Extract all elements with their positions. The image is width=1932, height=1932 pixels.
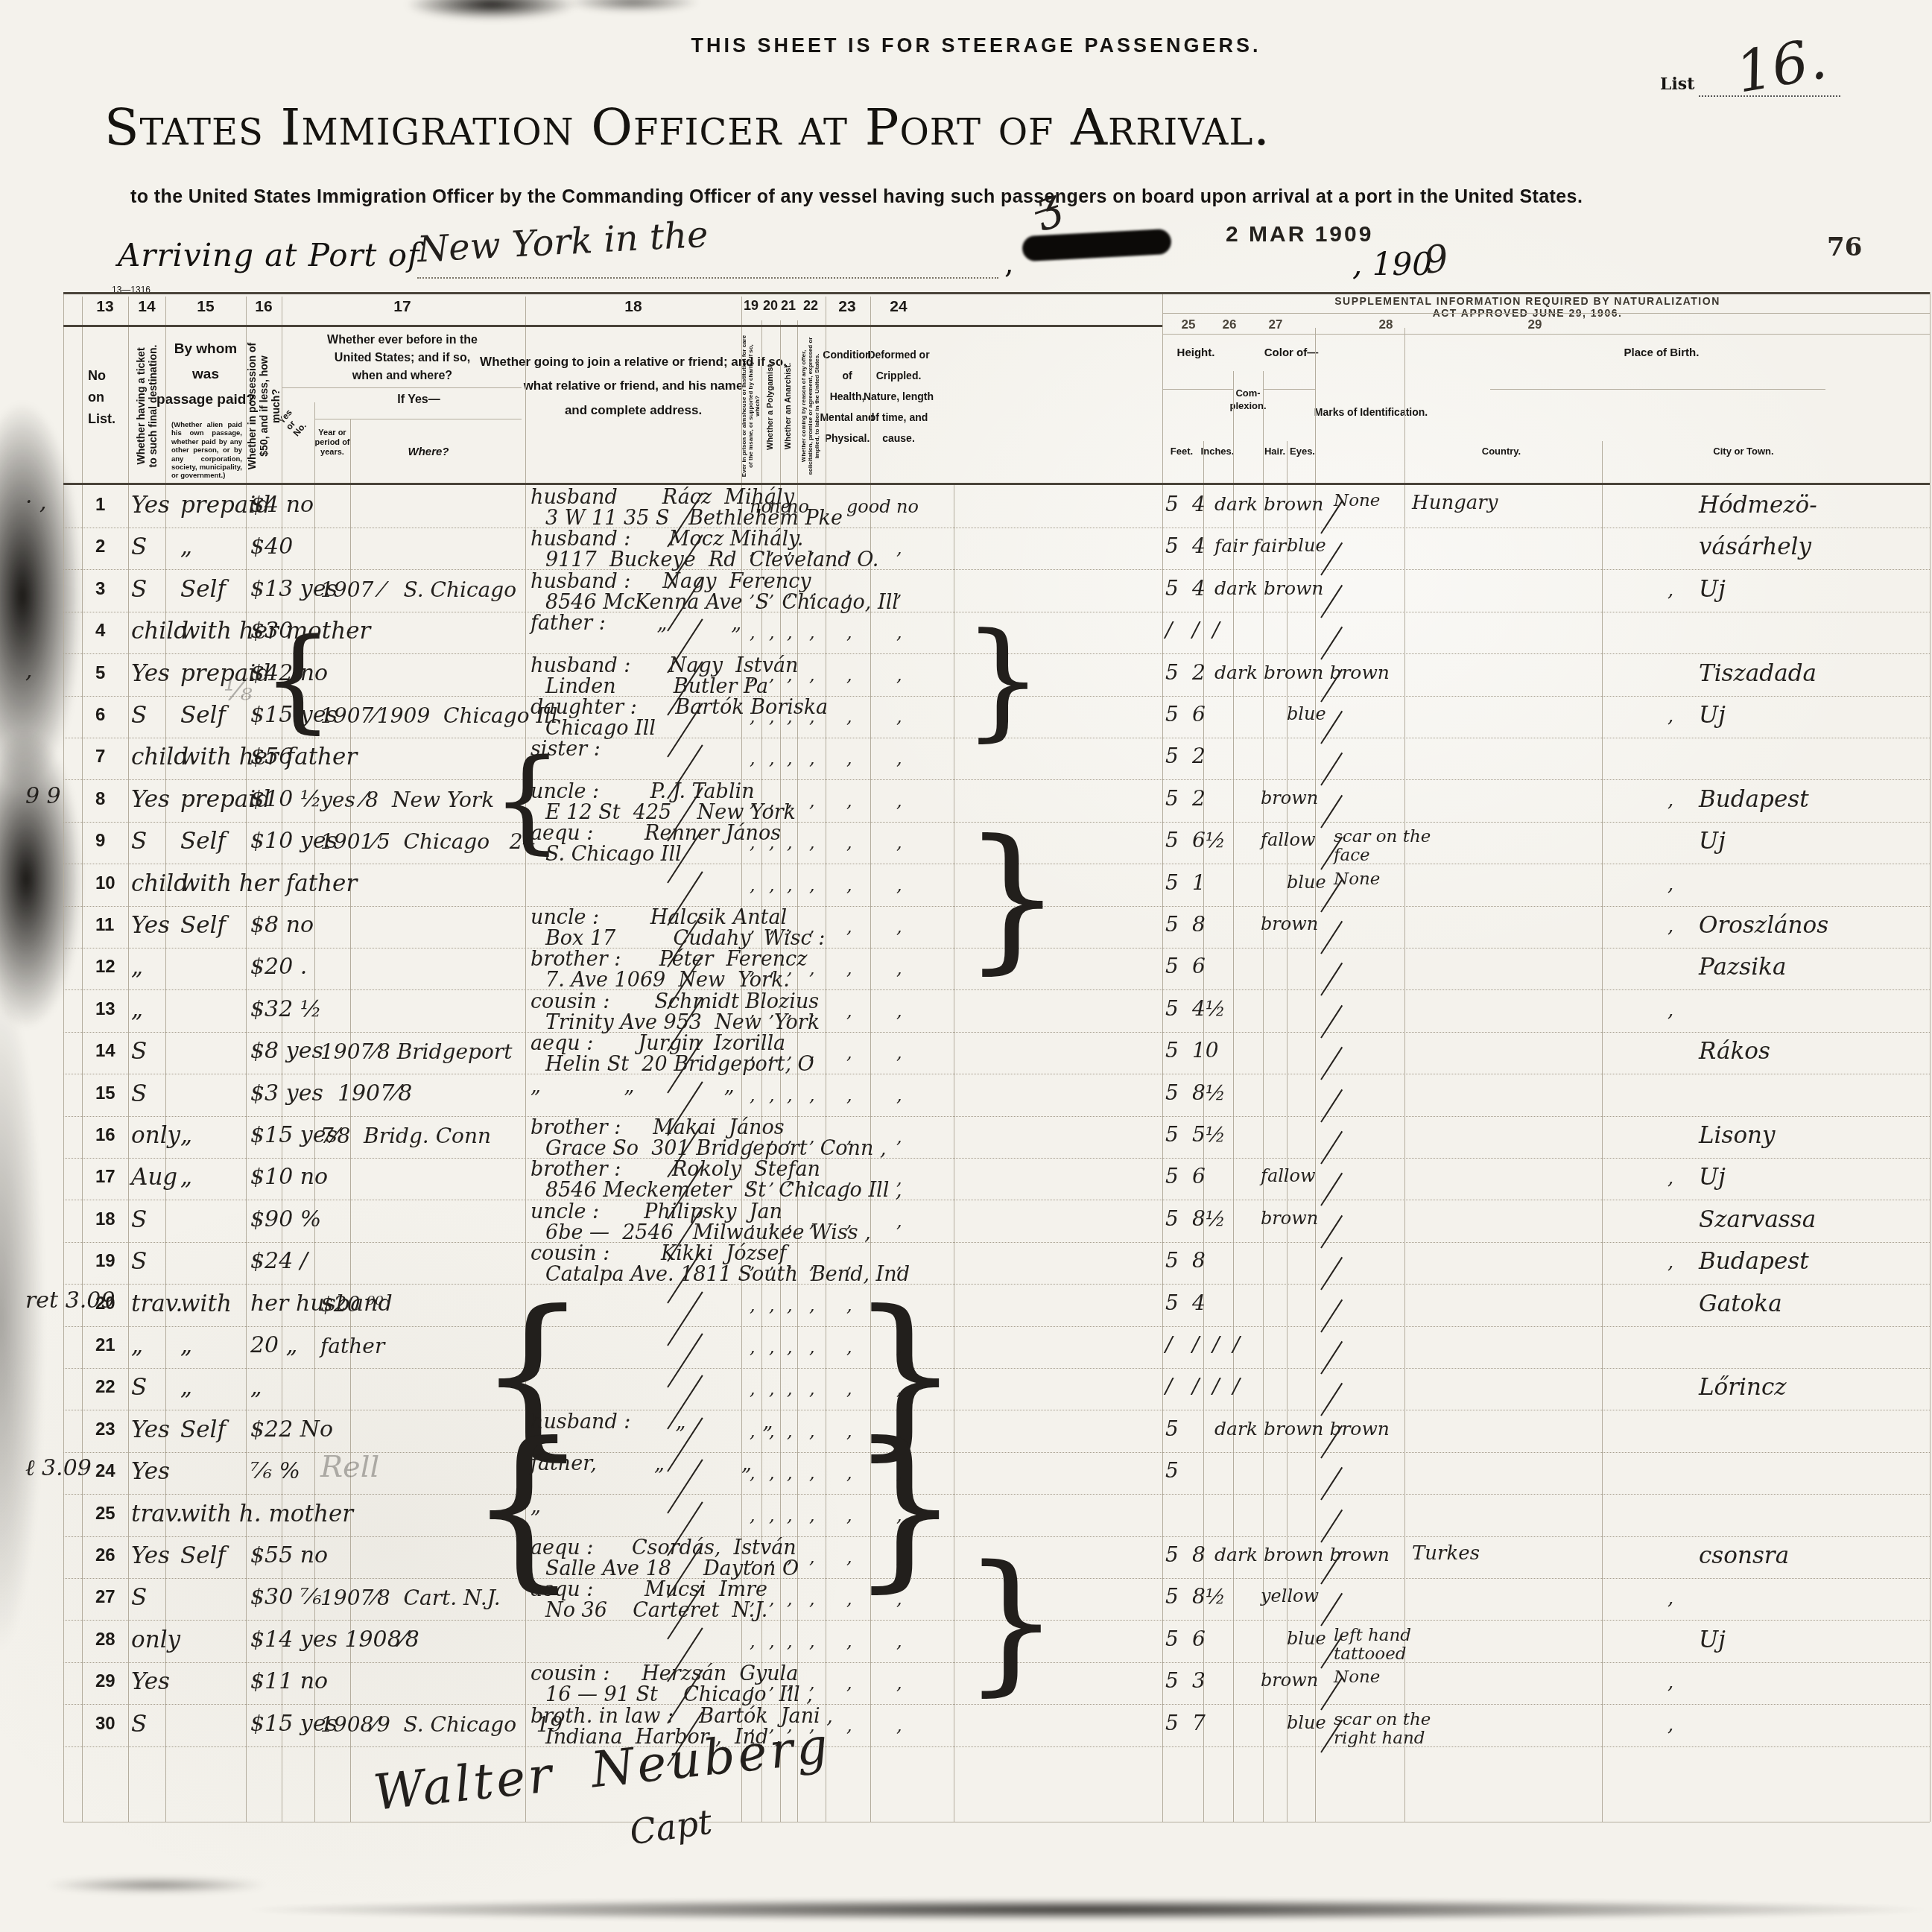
row-ditto-dot: , (846, 1717, 852, 1735)
row-cell-cd: , (1667, 706, 1673, 726)
row-ditto-dot: , (896, 1128, 902, 1147)
col-16-number: 16 (255, 298, 272, 316)
row-ditto-dot: , (787, 624, 793, 642)
row-cell-city: Oroszlános (1699, 913, 1828, 938)
col-19-number: 19 (744, 298, 758, 314)
row-ditto-dot: , (769, 708, 775, 726)
page-title: States Immigration Officer at Port of Ar… (104, 98, 1270, 157)
row-cell-city: csonsra (1699, 1544, 1789, 1568)
row-cell-c18a: aequ : Jurgin Izorilla (530, 1033, 785, 1054)
steerage-banner: THIS SHEET IS FOR STEERAGE PASSENGERS. (691, 34, 1261, 57)
row-ditto-dot: , (809, 1254, 815, 1273)
row-cell-ft: 5 (1165, 1712, 1179, 1734)
col-15-label: By whom was passage paid? (156, 337, 255, 414)
grid-vline (246, 297, 247, 1822)
row-cell-ft: 5 (1165, 829, 1179, 851)
row-ditto-dot: , (896, 708, 902, 726)
row-ditto-dot: , (809, 539, 815, 558)
row-cell-cd: , (1667, 1715, 1673, 1735)
row-ditto-dot: , (769, 1507, 775, 1525)
row-number: 23 (95, 1419, 115, 1440)
row-cell-hair: fallow (1261, 831, 1316, 849)
row-cell-city: Tiszadada (1699, 662, 1817, 686)
row-cell-cd: , (1667, 1168, 1673, 1188)
grid-vline (128, 297, 129, 1822)
supplemental-title: SUPPLEMENTAL INFORMATION REQUIRED BY NAT… (1326, 295, 1730, 319)
row-ditto-dot: , (787, 1128, 793, 1147)
row-ditto-dot: , (769, 834, 775, 852)
row-cell-cd: , (1667, 1252, 1673, 1273)
row-cell-cd: , (1667, 580, 1673, 601)
row-ditto-dot: , (896, 1548, 902, 1567)
row-cell-cd: , (1667, 1673, 1673, 1693)
row-cell-c15: with her father (180, 872, 357, 896)
row-cell-c18a: uncle : Halcsik Antal (530, 908, 787, 928)
row-ditto-dot: , (750, 666, 756, 685)
grid-vline (1930, 292, 1931, 1822)
row-ditto-dot: , (750, 918, 756, 937)
row-cell-ft: 5 (1165, 788, 1179, 809)
row-ditto-dot: , (846, 1590, 852, 1609)
row-cell-c14: Yes (131, 913, 170, 938)
grid-vline (1162, 292, 1163, 1822)
grid-hline (1162, 389, 1233, 390)
row-cell-c14: Aug (131, 1165, 177, 1190)
row-cell-m: , (25, 659, 33, 682)
row-ditto-dot: , (787, 1044, 793, 1062)
row-cell-c14: Yes (131, 1544, 170, 1568)
row-cell-city: Uj (1699, 1165, 1726, 1190)
row-cell-ft: 5 (1165, 1082, 1179, 1103)
row-ditto-dot: , (787, 792, 793, 811)
row-ditto-dot: , (809, 624, 815, 642)
row-cell-c16: $30 ⁷⁄₆ (250, 1586, 322, 1609)
row-cell-cd: , (1667, 1589, 1673, 1609)
row-slash-marks (1320, 1089, 1343, 1122)
row-ditto-dot: , (896, 1212, 902, 1231)
row-cell-c14: S (131, 535, 147, 560)
row-ditto-dot: , (809, 876, 815, 895)
row-cell-c18a: husband : „ „ (530, 1412, 773, 1433)
row-ditto-dot: , (846, 1507, 852, 1525)
row-cell-ft: 5 (1165, 1670, 1179, 1691)
arriving-underline (417, 277, 998, 279)
row-cell-c16: $8 yes (250, 1039, 323, 1063)
row-number: 22 (95, 1377, 115, 1398)
row-ditto-dot: , (769, 1254, 775, 1273)
row-ditto-dot: , (787, 1632, 793, 1651)
row-ditto-dot: , (769, 1380, 775, 1399)
row-cell-c17: 1901⁄5 Chicago 24 (320, 831, 536, 852)
row-ditto-dot: , (846, 1380, 852, 1399)
row-ditto-dot: , (896, 1254, 902, 1273)
row-ditto-dot: , (787, 1548, 793, 1567)
row-cell-inch: 3 (1192, 1670, 1206, 1691)
row-ditto-dot: , (769, 1002, 775, 1021)
row-number: 2 (95, 536, 105, 557)
row-cell-c18b: Grace So 301 Bridgeport Conn , (545, 1138, 887, 1159)
grid-hline (1162, 313, 1930, 314)
row-cell-c16: $42 no (250, 662, 328, 685)
row-slash-marks (1320, 1383, 1343, 1416)
row-cell-ft: 5 (1165, 1418, 1179, 1440)
row-cell-c18b: 6be — 2546 Milwaukee Wiss , (545, 1223, 871, 1244)
row-cell-inch: 8 (1192, 1250, 1206, 1271)
row-ditto-dot: , (809, 1380, 815, 1399)
row-ditto-dot: , (846, 582, 852, 601)
row-ditto-dot: , (769, 1674, 775, 1693)
date-stamp: 2 MAR 1909 (1226, 222, 1373, 247)
row-slash-marks (1320, 1257, 1343, 1290)
row-cell-c16: $30 (250, 619, 293, 643)
row-cell-c14: S (131, 1208, 147, 1232)
row-ditto-dot: , (787, 1170, 793, 1188)
row-number: 10 (95, 873, 115, 894)
row-cell-c14: S (131, 1250, 147, 1274)
row-cell-c15: „ (180, 1375, 192, 1400)
row-group-brace: } (963, 1546, 1060, 1699)
row-ditto-dot: , (750, 1548, 756, 1567)
row-cell-c16: $11 no (250, 1670, 328, 1694)
row-ditto-dot: , (787, 708, 793, 726)
row-cell-hair: yellow (1261, 1587, 1319, 1606)
row-cell-c18a: „ (530, 1496, 541, 1517)
row-ditto-dot: , (809, 1507, 815, 1525)
city-town-label: City or Town. (1713, 446, 1773, 457)
scan-smudge-top2 (566, 0, 700, 12)
row-cell-c15: Self (180, 1544, 226, 1568)
row-number: 19 (95, 1251, 115, 1272)
row-number: 30 (95, 1714, 115, 1735)
col-17-if-yes: If Yes— (397, 393, 440, 407)
row-cell-c18b: E 12 St 425 New York (545, 802, 796, 823)
row-cell-c15: Self (180, 703, 226, 728)
row-ditto-dot: , (809, 708, 815, 726)
row-ditto-dot: , (896, 582, 902, 601)
row-ditto-dot: , (846, 1674, 852, 1693)
row-ruling (63, 779, 1930, 780)
row-ditto-dot: , (769, 666, 775, 685)
row-ditto-dot: , (846, 918, 852, 937)
row-cell-c17: 7⁄8 Bridg. Conn (320, 1125, 491, 1147)
row-cell-ft: 5 (1165, 1208, 1179, 1229)
row-ruling (63, 1200, 1930, 1200)
row-ditto-dot: , (846, 1044, 852, 1062)
row-cell-c15: Self (180, 829, 226, 854)
row-number: 5 (95, 663, 105, 684)
row-cell-city: Uj (1699, 577, 1726, 602)
row-ditto-dot: , (896, 1590, 902, 1609)
row-ditto-dot: , (750, 1380, 756, 1399)
row-cell-city: Szarvassa (1699, 1208, 1816, 1232)
row-cell-c16: $14 yes 1908⁄8 (250, 1628, 419, 1652)
row-ditto-dot: , (846, 1296, 852, 1315)
row-cell-c18a: aequ : Csordás, István (530, 1538, 796, 1559)
row-cell-cx: dark brown brown (1214, 663, 1390, 682)
row-cell-c14: S (131, 703, 147, 728)
row-ditto-dot: , (769, 624, 775, 642)
row-number: 27 (95, 1587, 115, 1608)
row-cell-ft: 5 (1165, 662, 1179, 683)
row-cell-c18a: daughter : Bartók Boriska (530, 697, 828, 718)
row-cell-cd: , (1667, 916, 1673, 937)
row-cell-c14: S (131, 1039, 147, 1064)
row-ditto-dot: , (787, 1002, 793, 1021)
row-slash-marks (1320, 1173, 1343, 1206)
row-slash-marks (1320, 1509, 1343, 1542)
row-cell-c16: $3 yes 1907⁄8 (250, 1082, 412, 1106)
row-cell-city: Uj (1699, 703, 1726, 728)
grid-hline (282, 387, 522, 388)
row-cell-c16: $90 % (250, 1208, 321, 1232)
row-cell-c14: Yes (131, 1418, 170, 1442)
color-of-group-label: Color of— (1264, 346, 1319, 359)
row-ditto-dot: , (787, 1674, 793, 1693)
row-cell-ft: 5 (1165, 1250, 1179, 1271)
row-cell-inch: 4 (1192, 1292, 1206, 1314)
row-cell-hair: brown (1261, 1209, 1318, 1228)
row-number: 28 (95, 1629, 115, 1650)
row-cell-c15: Self (180, 913, 226, 938)
country-label: Country. (1482, 446, 1521, 457)
row-slash-marks (1320, 1047, 1343, 1080)
row-ditto-dot: , (896, 1044, 902, 1062)
row-cell-c14: S (131, 1712, 147, 1737)
row-ditto-dot: , (750, 1590, 756, 1609)
row-slash-marks (1320, 753, 1343, 786)
row-ditto-dot: , (846, 750, 852, 768)
row-ditto-dot: , (750, 1002, 756, 1021)
grid-vline (63, 292, 64, 1822)
row-cell-c15: with h. mother (180, 1502, 353, 1527)
row-cell-c17: $20 ⁰⁰ (320, 1293, 384, 1315)
row-cell-c16: $8 no (250, 913, 314, 937)
row-ditto-dot: , (769, 1086, 775, 1105)
row-cell-eyes: blue (1287, 705, 1326, 723)
row-ditto-dot: , (769, 1044, 775, 1062)
row-cell-inch: 2 (1192, 788, 1206, 809)
row-cell-c15: „ (180, 1124, 192, 1148)
row-ditto-dot: , (896, 1086, 902, 1105)
captain-title: Capt (627, 1804, 714, 1851)
col-26-number: 26 (1223, 317, 1237, 332)
row-ditto-dot: , (809, 1296, 815, 1315)
row-ditto-dot: , (769, 539, 775, 558)
grid-hline (63, 292, 1930, 294)
col-15-number: 15 (197, 298, 214, 316)
col-13-number: 13 (96, 298, 113, 316)
row-ditto-dot: , (896, 1380, 902, 1399)
row-ditto-dot: , (787, 918, 793, 937)
row-ditto-dot: , (787, 666, 793, 685)
row-cell-c14: S (131, 1586, 147, 1610)
row-cell-c16: $24 / (250, 1250, 308, 1273)
row-ditto-dot: , (750, 1632, 756, 1651)
row-ditto-dot: , (896, 876, 902, 895)
row-cell-c14: Yes (131, 493, 170, 518)
row-cell-inch: 7 (1192, 1712, 1206, 1734)
place-of-birth-label: Place of Birth. (1624, 346, 1700, 359)
row-ditto-dot: , (809, 960, 815, 978)
row-ruling (63, 989, 1930, 990)
row-ditto-dot: , (809, 666, 815, 685)
row-ditto-dot: , (896, 1296, 902, 1315)
row-cell-c18a: uncle : Philipsky Jan (530, 1202, 782, 1223)
row-slash-marks (1320, 1677, 1343, 1711)
row-cell-ft: 5 (1165, 1586, 1179, 1607)
row-ditto-dot: , (750, 792, 756, 811)
row-ditto-dot: , (750, 960, 756, 978)
row-ditto-dot: , (769, 1632, 775, 1651)
row-ditto-dot: , (769, 1296, 775, 1315)
row-ditto-dot: , (846, 1254, 852, 1273)
row-cell-city: Lőrincz (1699, 1375, 1787, 1400)
row-cell-c18a: brother : Péter Ferencz (530, 949, 807, 970)
row-cell-inch: / / (1192, 619, 1220, 641)
row-cell-c16: $10 no (250, 1165, 328, 1189)
row-ditto-dot: , (750, 1338, 756, 1357)
row-ditto-dot: , (809, 1590, 815, 1609)
row-ditto-dot: , (846, 1338, 852, 1357)
row-cell-cx: dark brown (1214, 579, 1323, 598)
row-ditto-dot: , (846, 876, 852, 895)
row-ruling (63, 1410, 1930, 1410)
row-ditto-dot: , (896, 1002, 902, 1021)
row-ditto-dot: , (750, 1170, 756, 1188)
row-ditto-dot: , (787, 539, 793, 558)
grid-vline (1602, 441, 1603, 1822)
row-cell-c18b: Catalpa Ave. 1811 South Bend, Ind (545, 1264, 910, 1285)
row-cell-c18a: aequ : Mucsi Imre (530, 1580, 767, 1600)
col-17-year: Year or period of years. (314, 428, 349, 458)
row-ditto-dot: , (750, 1422, 756, 1441)
row-cell-c18b: S. Chicago Ill (545, 844, 682, 865)
row-cell-c14: only (131, 1628, 180, 1653)
row-cell-cx: fair fair (1214, 536, 1286, 556)
row-ditto-dot: , (769, 876, 775, 895)
row-ditto-dot: , (896, 1338, 902, 1357)
row-cell-marks: None (1334, 492, 1472, 510)
row-ditto-dot: , (787, 1380, 793, 1399)
row-cell-c18b: 8546 McKenna Ave S Chicago, Ill (545, 592, 899, 613)
row-ditto-dot: , (750, 624, 756, 642)
row-ditto-dot: , (846, 1212, 852, 1231)
row-cell-c18b: No 36 Carteret N.J. (545, 1600, 767, 1621)
col-24-number: 24 (890, 298, 907, 316)
row-number: 18 (95, 1209, 115, 1230)
col-28-number: 28 (1379, 317, 1393, 332)
row-number: 15 (95, 1083, 115, 1104)
row-cell-c14: trav. (131, 1292, 183, 1317)
redaction-smudge (1022, 229, 1172, 262)
row-cell-hair: brown (1261, 1671, 1318, 1690)
row-cell-c17: father (320, 1335, 384, 1357)
row-number: 21 (95, 1335, 115, 1356)
grid-hline (63, 1822, 1930, 1822)
row-ditto-dot: , (896, 624, 902, 642)
row-ditto-dot: , (846, 960, 852, 978)
row-slash-marks (1320, 1005, 1343, 1039)
row-cell-inch: 4½ (1192, 998, 1226, 1019)
row-ruling (63, 1746, 1930, 1747)
row-cell-marks: scar on the face (1334, 828, 1472, 866)
row-ditto-dot: , (896, 750, 902, 768)
row-cell-c14: „ (131, 1334, 143, 1358)
scan-smudge-top (406, 0, 577, 19)
row-ditto-dot: , (809, 1086, 815, 1105)
row-ditto-dot: , (846, 708, 852, 726)
row-cell-c18b: Trinity Ave 953 New York (545, 1013, 820, 1033)
row-ditto-dot: , (846, 1086, 852, 1105)
row-cell-city: Uj (1699, 1628, 1726, 1653)
row-cell-marks: scar on the right hand (1334, 1711, 1472, 1749)
row-ditto-dot: , (809, 1674, 815, 1693)
row-ditto-dot: , (787, 1212, 793, 1231)
row-cell-c18b: 9117 Buckeye Rd Cleveland O. (545, 550, 878, 571)
row-cell-inch: 5½ (1192, 1124, 1226, 1145)
row-number: 8 (95, 789, 105, 810)
row-cell-c18a: husband : Mocz Mihály. (530, 529, 803, 550)
row-cell-eyes: blue (1287, 1629, 1326, 1648)
col-17-where: Where? (408, 446, 449, 458)
col-23-number: 23 (838, 298, 855, 316)
row-ruling (63, 569, 1930, 570)
grid-hline (1162, 334, 1930, 335)
row-ditto-dot: , (787, 1422, 793, 1441)
col-15-note: (Whether alien paid his own passage, whe… (171, 421, 242, 481)
row-ditto-dot: , (896, 1632, 902, 1651)
row-cell-city: Gatoka (1699, 1292, 1782, 1317)
row-cell-m: · , (25, 490, 47, 514)
row-cell-c17: 1907⁄1909 Chicago Ill (320, 705, 557, 726)
manifest-sheet: THIS SHEET IS FOR STEERAGE PASSENGERS. L… (0, 0, 1932, 1932)
page-number: 76 (1827, 232, 1862, 262)
row-cell-ft: 5 (1165, 1124, 1179, 1145)
col-25-number: 25 (1182, 317, 1196, 332)
col-16-label: Whether in possession of $50, and if les… (246, 332, 282, 481)
row-ditto-dot: , (809, 582, 815, 601)
row-ditto-dot: , (750, 1044, 756, 1062)
row-cell-c17: 1908⁄9 S. Chicago 19 (320, 1714, 563, 1735)
row-ditto-dot: , (769, 1128, 775, 1147)
row-cell-ft: 5 (1165, 998, 1179, 1019)
row-ditto-dot: , (750, 539, 756, 558)
eyes-label: Eyes. (1290, 446, 1315, 457)
row-ditto-dot: , (787, 1590, 793, 1609)
col-14-label: Whether having a ticket to such final de… (135, 328, 159, 484)
row-ruling (63, 1032, 1930, 1033)
margin-note: Rell (320, 1451, 379, 1483)
row-number: 4 (95, 621, 105, 642)
row-cell-c14: Yes (131, 1670, 170, 1694)
row-cell-inch: 4 (1192, 493, 1206, 515)
row-cell-c18a: husband : Nagy István (530, 656, 798, 677)
row-cell-c18a: brother : Makai János (530, 1118, 785, 1138)
row-cell-c18a: aequ : Renner János (530, 823, 781, 844)
col-17-number: 17 (393, 298, 411, 316)
row-cell-c15: „ (180, 1334, 192, 1358)
row-cell-c16: $40 (250, 535, 293, 559)
hair-label: Hair. (1264, 446, 1285, 457)
row-ditto-dot: , (809, 1044, 815, 1062)
row-cell-c18a: cousin : Kikki József (530, 1244, 786, 1264)
row-cell-ft: 5 (1165, 1460, 1179, 1481)
row-cell-c18a: sister : (530, 739, 601, 760)
row-cell-c14: „ (131, 998, 143, 1022)
row-ditto-dot: , (896, 539, 902, 558)
row-ditto-dot: , (787, 1086, 793, 1105)
row-number: 6 (95, 705, 105, 726)
